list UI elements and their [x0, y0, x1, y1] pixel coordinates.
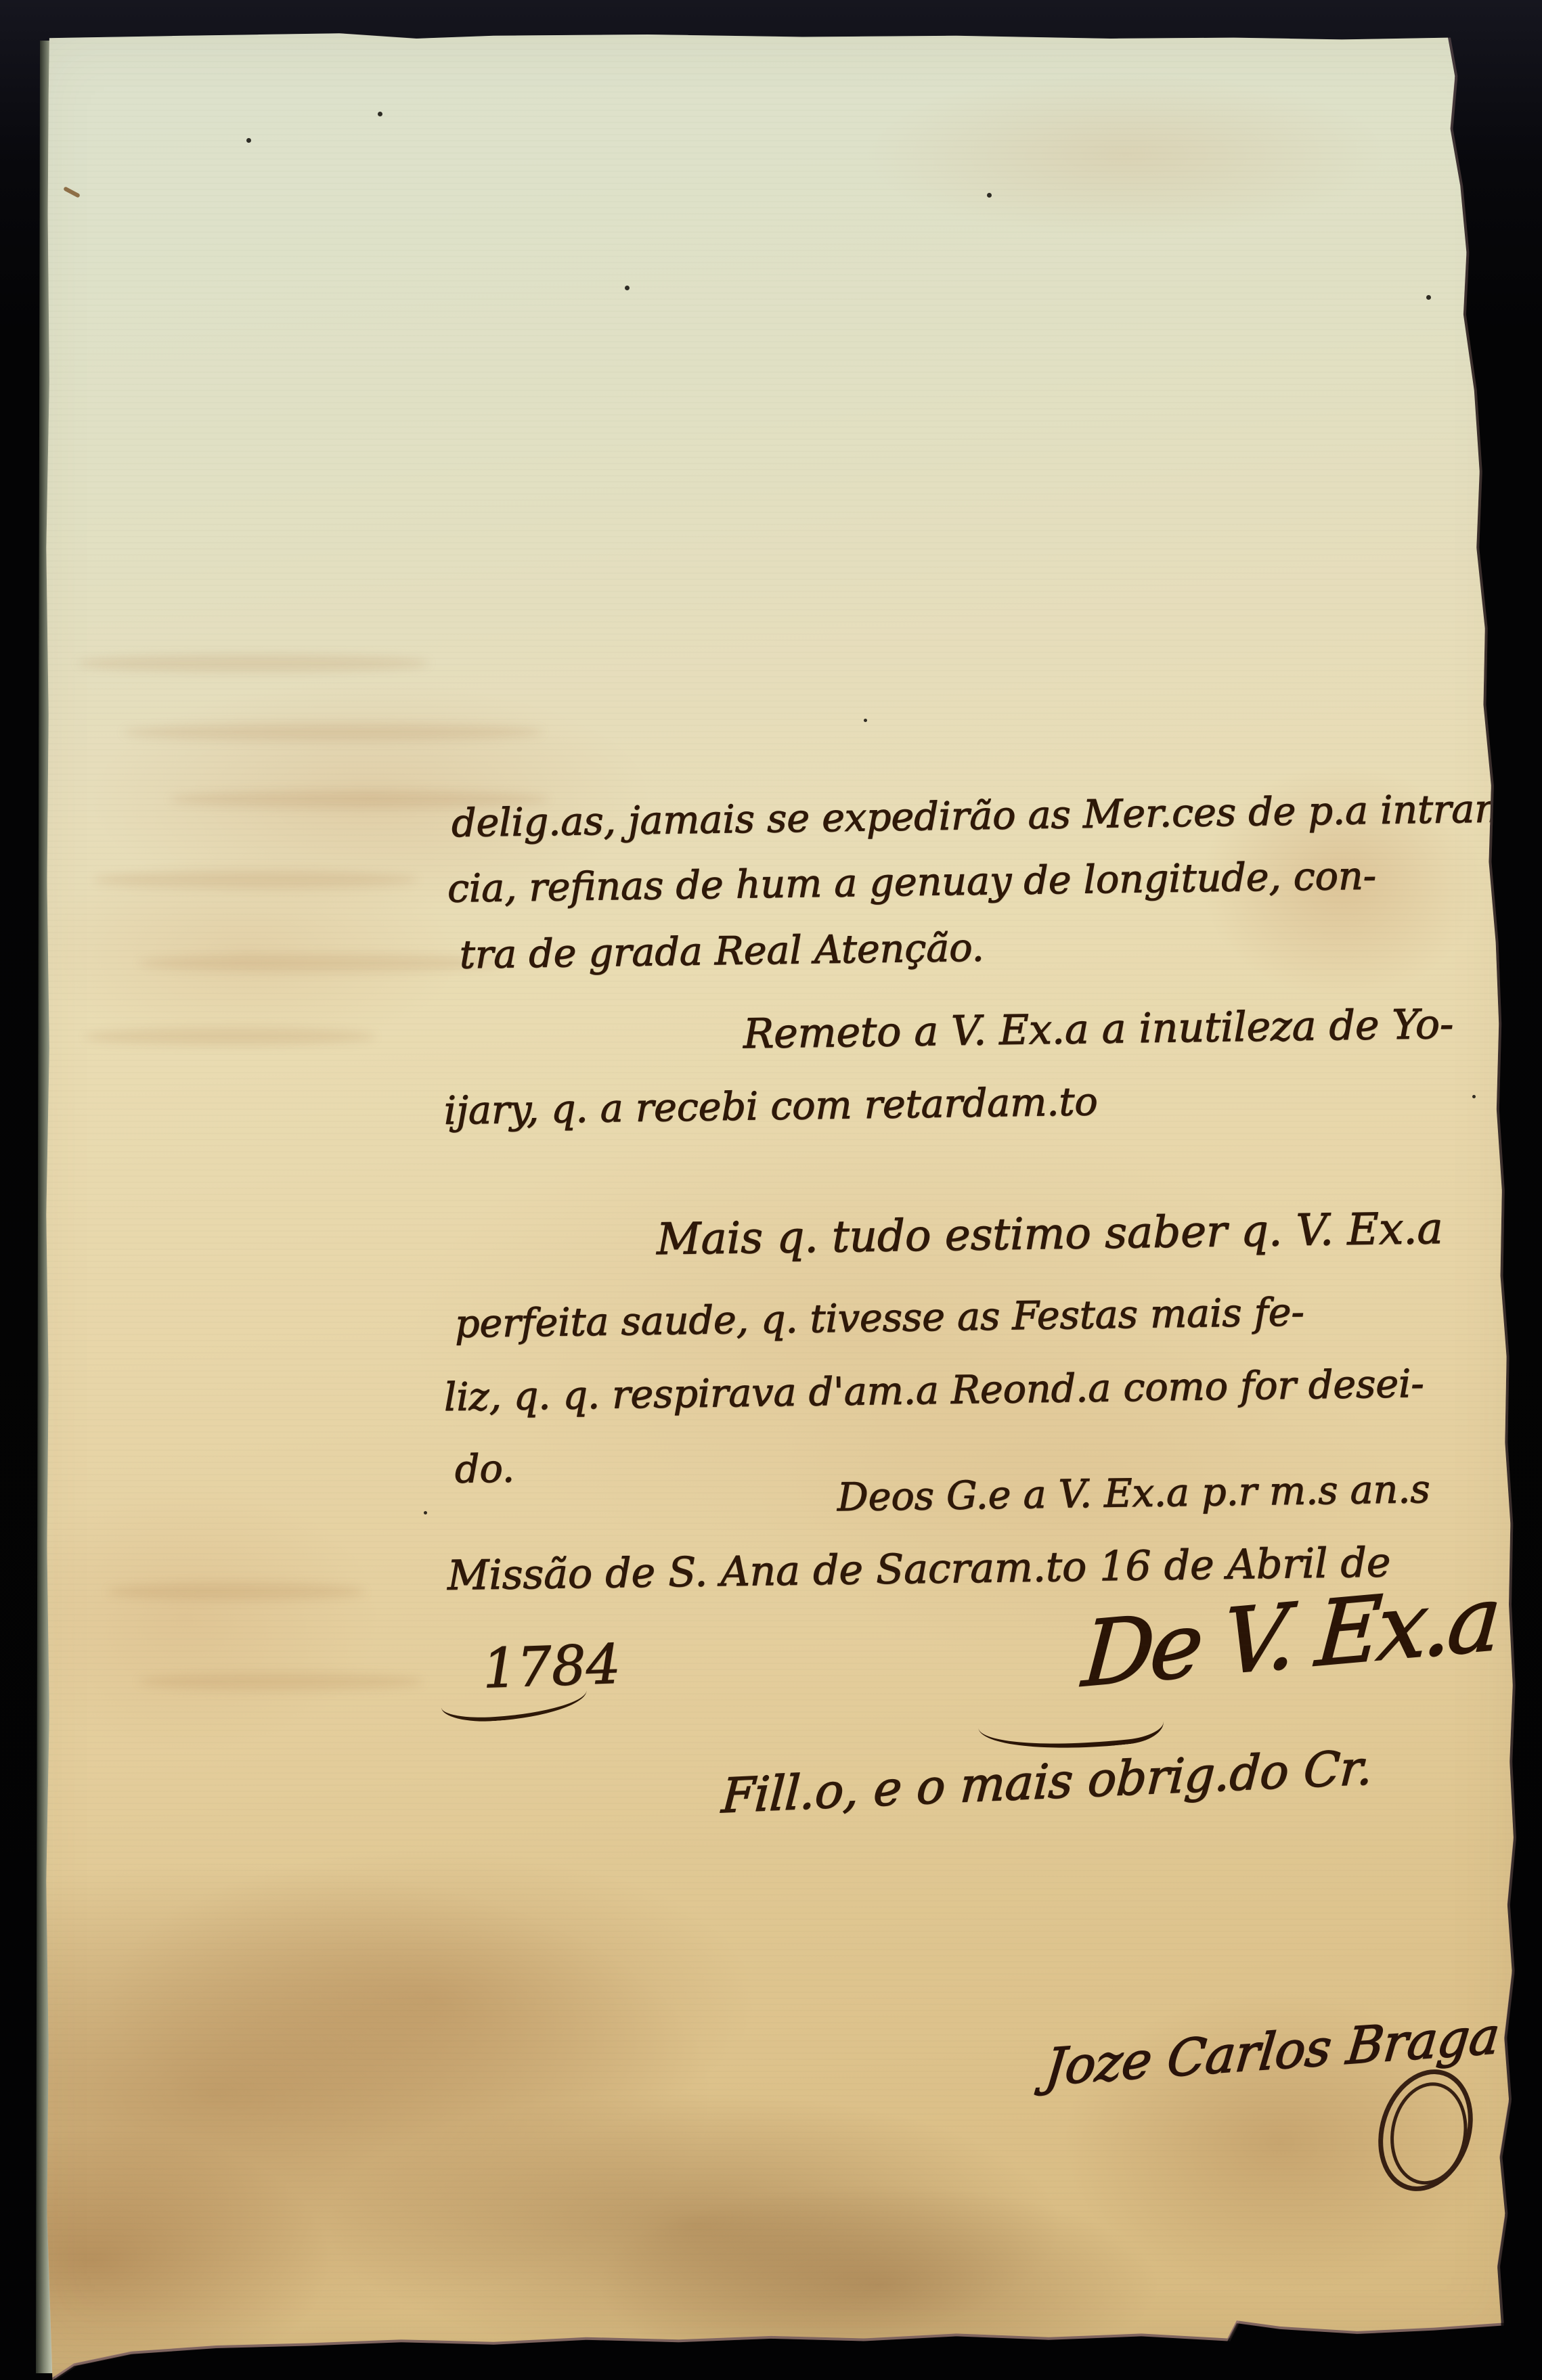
year-underline-flourish: [440, 1687, 588, 1724]
ink-bleed-smear: [93, 871, 418, 889]
manuscript-line-9: do.: [455, 1447, 515, 1492]
ink-bleed-smear: [139, 1673, 423, 1690]
manuscript-line-7: perfeita saude, q. tivesse as Festas mai…: [455, 1290, 1305, 1347]
manuscript-line-4: Remeto a V. Ex.a a inutileza de Yo-: [743, 1001, 1454, 1058]
paper-fiber: [64, 187, 81, 199]
paper-speck: [1426, 295, 1431, 300]
paper-shadow-wrap: delig.as, jamais se expedirão as Mer.ces…: [0, 0, 1542, 2380]
paper-speck: [378, 112, 382, 116]
paper-speck: [864, 719, 867, 722]
ink-bleed-smear: [108, 1583, 365, 1600]
paper-speck: [987, 193, 992, 198]
paper-speck: [424, 1511, 427, 1514]
manuscript-page: delig.as, jamais se expedirão as Mer.ces…: [0, 0, 1542, 2380]
manuscript-line-8: liz, q. q. respirava d'am.a Reond.a como…: [444, 1362, 1424, 1420]
manuscript-line-3: tra de grada Real Atenção.: [459, 926, 984, 978]
manuscript-line-10: Deos G.e a V. Ex.a p.r m.s an.s: [837, 1466, 1431, 1519]
manuscript-line-6: Mais q. tudo estimo saber q. V. Ex.a: [657, 1204, 1444, 1265]
photo-backdrop: delig.as, jamais se expedirão as Mer.ces…: [0, 0, 1542, 2380]
valediction: Fill.o, e o mais obrig.do Cr.: [720, 1740, 1374, 1824]
manuscript-line-5: ijary, q. a recebi com retardam.to: [444, 1079, 1099, 1133]
ink-bleed-smear: [85, 1028, 376, 1046]
ink-bleed-smear: [77, 654, 429, 672]
paper-speck: [246, 138, 251, 143]
manuscript-line-1: delig.as, jamais se expedirão as Mer.ces…: [451, 786, 1513, 846]
signature-rubric: [1363, 2057, 1488, 2203]
ink-bleed-smear: [139, 954, 504, 972]
paper-speck: [1472, 1095, 1476, 1098]
ink-bleed-smear: [123, 723, 543, 741]
manuscript-line-2: cia, refinas de hum a genuay de longitud…: [447, 854, 1376, 912]
paper-speck: [625, 286, 630, 290]
